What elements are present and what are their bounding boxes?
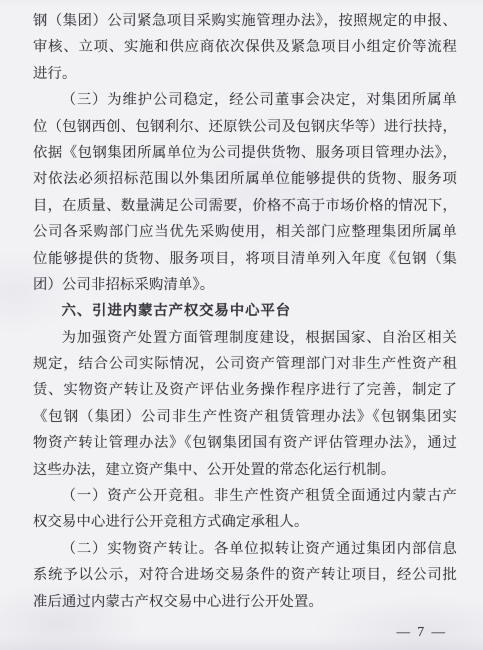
- page-number: — 7 —: [397, 623, 448, 641]
- text-line: 对依法必须招标范围以外集团所属单位能够提供的货物、服务项: [33, 166, 457, 192]
- text-line: 团）公司非招标采购清单》。: [33, 272, 457, 298]
- text-line: 审核、立项、实施和供应商依次保供及紧急项目小组定价等流程: [33, 34, 457, 60]
- text-line: 进行。: [33, 61, 457, 87]
- text-line: 目，在质量、数量满足公司需要，价格不高于市场价格的情况下，: [33, 193, 457, 219]
- text-line: （三）为维护公司稳定，经公司董事会决定，对集团所属单: [33, 87, 457, 113]
- text-line: 物资产转让管理办法》《包钢集团国有资产评估管理办法》，通过: [33, 430, 457, 456]
- document-body: 钢（集团）公司紧急项目采购实施管理办法》，按照规定的申报、审核、立项、实施和供应…: [33, 8, 457, 615]
- text-line: 位（包钢西创、包钢利尔、还原铁公司及包钢庆华等）进行扶持，: [33, 114, 457, 140]
- text-line: 这些办法，建立资产集中、公开处置的常态化运行机制。: [33, 457, 457, 483]
- text-line: 准后通过内蒙古产权交易中心进行公开处置。: [33, 589, 457, 615]
- text-line: （一）资产公开竞租。非生产性资产租赁全面通过内蒙古产: [33, 483, 457, 509]
- text-line: 钢（集团）公司紧急项目采购实施管理办法》，按照规定的申报、: [33, 8, 457, 34]
- text-line: 系统予以公示，对符合进场交易条件的资产转让项目，经公司批: [33, 562, 457, 588]
- text-line: 规定，结合公司实际情况，公司资产管理部门对非生产性资产租: [33, 351, 457, 377]
- text-line: 位能够提供的货物、服务项目，将项目清单列入年度《包钢（集: [33, 246, 457, 272]
- text-line: 权交易中心进行公开竞租方式确定承租人。: [33, 509, 457, 535]
- text-line: 依据《包钢集团所属单位为公司提供货物、服务项目管理办法》，: [33, 140, 457, 166]
- text-line: 为加强资产处置方面管理制度建设，根据国家、自治区相关: [33, 325, 457, 351]
- text-line: 赁、实物资产转让及资产评估业务操作程序进行了完善，制定了: [33, 377, 457, 403]
- text-line: 《包钢（集团）公司非生产性资产租赁管理办法》《包钢集团实: [33, 404, 457, 430]
- section-heading: 六、引进内蒙古产权交易中心平台: [33, 298, 457, 324]
- text-line: 公司各采购部门应当优先采购使用，相关部门应整理集团所属单: [33, 219, 457, 245]
- text-line: （二）实物资产转让。各单位拟转让资产通过集团内部信息: [33, 536, 457, 562]
